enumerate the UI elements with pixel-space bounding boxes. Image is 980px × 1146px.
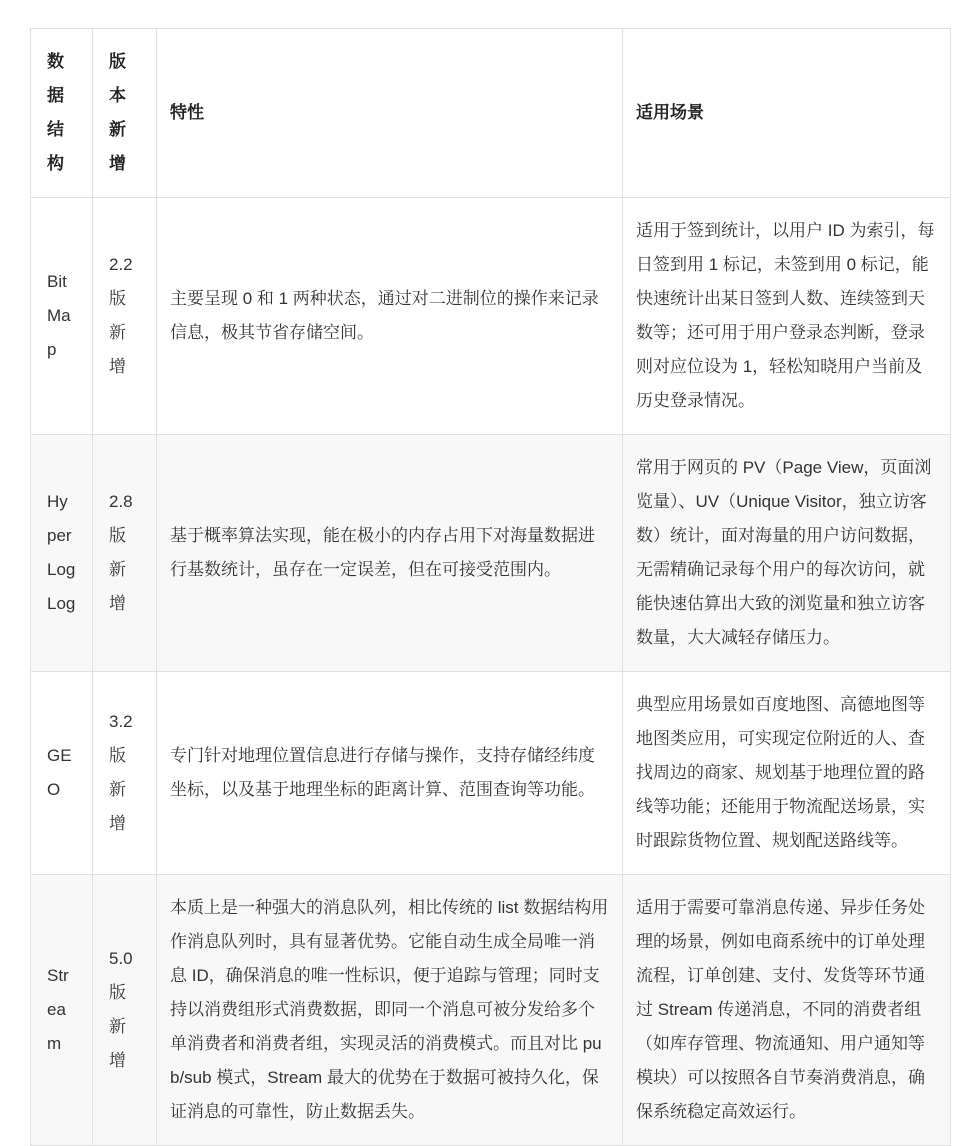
column-header-feature: 特性 — [157, 29, 623, 198]
version-cell: 2.8版新增 — [93, 435, 157, 672]
table-row-hyperloglog: HyperLogLog 2.8版新增 基于概率算法实现，能在极小的内存占用下对海… — [31, 435, 951, 672]
feature-cell: 专门针对地理位置信息进行存储与操作，支持存储经纬度坐标，以及基于地理坐标的距离计… — [157, 672, 623, 875]
structure-name-cell: GEO — [31, 672, 93, 875]
column-header-scenario: 适用场景 — [623, 29, 951, 198]
scenario-cell: 典型应用场景如百度地图、高德地图等地图类应用，可实现定位附近的人、查找周边的商家… — [623, 672, 951, 875]
table-row-stream: Stream 5.0版新增 本质上是一种强大的消息队列，相比传统的 list 数… — [31, 875, 951, 1146]
data-structures-table: 数据结构 版本新增 特性 适用场景 BitMap 2.2版新增 主要呈现 0 和… — [30, 28, 951, 1146]
feature-cell: 主要呈现 0 和 1 两种状态，通过对二进制位的操作来记录信息，极其节省存储空间… — [157, 198, 623, 435]
structure-name-cell: HyperLogLog — [31, 435, 93, 672]
scenario-cell: 常用于网页的 PV（Page View，页面浏览量）、UV（Unique Vis… — [623, 435, 951, 672]
feature-cell: 本质上是一种强大的消息队列，相比传统的 list 数据结构用作消息队列时，具有显… — [157, 875, 623, 1146]
table-row-bitmap: BitMap 2.2版新增 主要呈现 0 和 1 两种状态，通过对二进制位的操作… — [31, 198, 951, 435]
column-header-version: 版本新增 — [93, 29, 157, 198]
header-row: 数据结构 版本新增 特性 适用场景 — [31, 29, 951, 198]
table-row-geo: GEO 3.2版新增 专门针对地理位置信息进行存储与操作，支持存储经纬度坐标，以… — [31, 672, 951, 875]
structure-name-cell: BitMap — [31, 198, 93, 435]
table-body: BitMap 2.2版新增 主要呈现 0 和 1 两种状态，通过对二进制位的操作… — [31, 198, 951, 1146]
scenario-cell: 适用于签到统计，以用户 ID 为索引，每日签到用 1 标记，未签到用 0 标记，… — [623, 198, 951, 435]
version-cell: 3.2版新增 — [93, 672, 157, 875]
table-header: 数据结构 版本新增 特性 适用场景 — [31, 29, 951, 198]
structure-name-cell: Stream — [31, 875, 93, 1146]
feature-cell: 基于概率算法实现，能在极小的内存占用下对海量数据进行基数统计，虽存在一定误差，但… — [157, 435, 623, 672]
scenario-cell: 适用于需要可靠消息传递、异步任务处理的场景，例如电商系统中的订单处理流程，订单创… — [623, 875, 951, 1146]
column-header-structure: 数据结构 — [31, 29, 93, 198]
page: 数据结构 版本新增 特性 适用场景 BitMap 2.2版新增 主要呈现 0 和… — [0, 0, 980, 1082]
version-cell: 2.2版新增 — [93, 198, 157, 435]
version-cell: 5.0版新增 — [93, 875, 157, 1146]
